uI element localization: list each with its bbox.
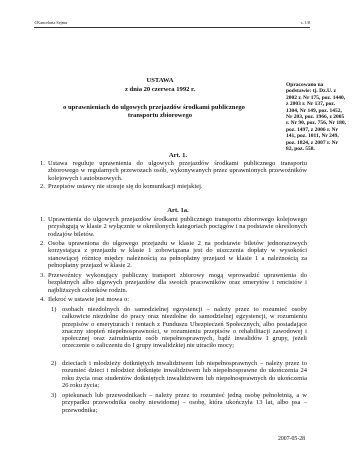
definition-item: 3) opiekunach lub przewodnikach – należy… bbox=[62, 392, 307, 414]
item-text: osobach niezdolnych do samodzielnej egzy… bbox=[62, 306, 307, 349]
act-type: USTAWA bbox=[60, 77, 260, 84]
item-text: opiekunach lub przewodnikach – należy pr… bbox=[62, 392, 307, 414]
paragraph-text: Ustawa reguluje uprawnienia do ulgowych … bbox=[48, 160, 307, 182]
paragraph-number: 1. bbox=[40, 160, 45, 167]
act-subject-line-2: transportu zbiorowego bbox=[60, 112, 260, 119]
paragraph-number: 3. bbox=[40, 272, 45, 279]
article-paragraph: 1. Uprawnienia do ulgowych przejazdów śr… bbox=[48, 216, 307, 238]
paragraph-number: 4. bbox=[40, 296, 45, 303]
item-number: 1) bbox=[51, 306, 56, 313]
paragraph-text: Osoba uprawniona do ulgowego przejazdu w… bbox=[48, 240, 307, 269]
article-heading: Art. 1. bbox=[48, 152, 308, 159]
item-number: 2) bbox=[51, 360, 56, 367]
paragraph-text: Uprawnienia do ulgowych przejazdów środk… bbox=[48, 216, 307, 238]
document-page: ©Kancelaria Sejmu s. 1/8 USTAWA z dnia 2… bbox=[0, 0, 360, 466]
paragraph-text: Przepisów ustawy nie stosuje się do komu… bbox=[48, 183, 203, 190]
article-paragraph: 1. Ustawa reguluje uprawnienia do ulgowy… bbox=[48, 160, 307, 182]
paragraph-text: Przewoźnicy wykonujący publiczny transpo… bbox=[48, 272, 307, 294]
article-paragraph: 2. Osoba uprawniona do ulgowego przejazd… bbox=[48, 240, 307, 269]
article-heading: Art. 1a. bbox=[48, 207, 308, 214]
definition-item: 2) dzieciach i młodzieży dotkniętych inw… bbox=[62, 360, 307, 389]
footer-date: 2007-05-28 bbox=[278, 436, 305, 442]
act-subject-line-1: o uprawnieniach do ulgowych przejazdów ś… bbox=[48, 104, 260, 111]
header-page-number: s. 1/8 bbox=[301, 20, 310, 25]
margin-note-sources: Opracowano na podstawie: tj. Dz.U. z 200… bbox=[286, 82, 346, 152]
paragraph-number: 2. bbox=[40, 240, 45, 247]
paragraph-number: 2. bbox=[40, 183, 45, 190]
item-text: dzieciach i młodzieży dotkniętych inwali… bbox=[62, 360, 307, 389]
definition-item: 1) osobach niezdolnych do samodzielnej e… bbox=[62, 306, 307, 350]
article-paragraph: 4. Ilekroć w ustawie jest mowa o: bbox=[48, 296, 307, 303]
article-paragraph: 2. Przepisów ustawy nie stosuje się do k… bbox=[48, 183, 307, 190]
article-paragraph: 3. Przewoźnicy wykonujący publiczny tran… bbox=[48, 272, 307, 294]
paragraph-text: Ilekroć w ustawie jest mowa o: bbox=[48, 296, 129, 303]
paragraph-number: 1. bbox=[40, 216, 45, 223]
page-header: ©Kancelaria Sejmu s. 1/8 bbox=[34, 20, 310, 28]
header-publisher: ©Kancelaria Sejmu bbox=[34, 20, 67, 25]
item-number: 3) bbox=[51, 392, 56, 399]
act-date: z dnia 20 czerwca 1992 r. bbox=[60, 86, 260, 93]
